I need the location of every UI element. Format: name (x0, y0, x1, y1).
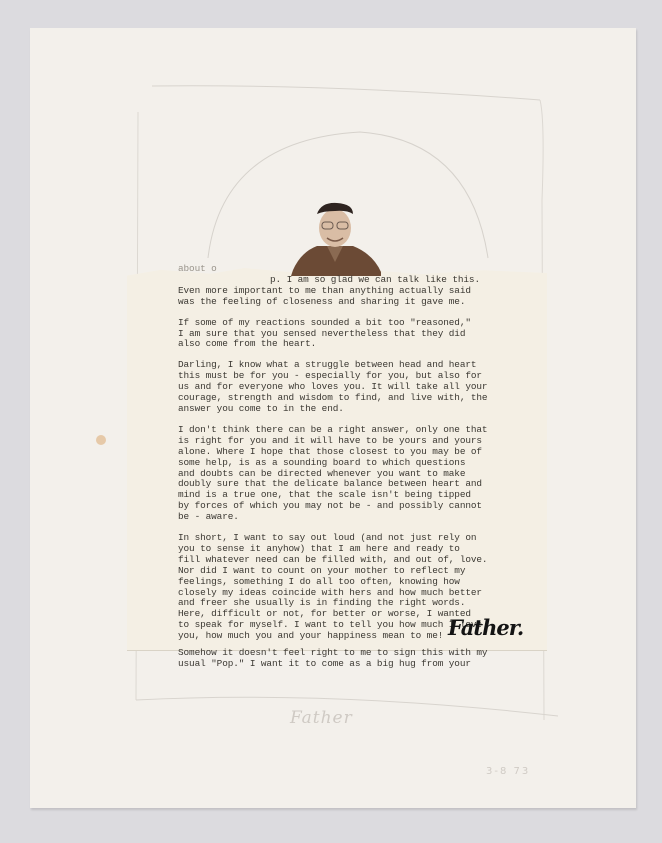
paragraph-4: I don't think there can be a right answe… (178, 425, 508, 523)
line: p. I am so glad we can talk like this. (178, 274, 480, 285)
paragraph-1: about o p. I am so glad we can talk like… (178, 264, 508, 308)
paragraph-2: If some of my reactions sounded a bit to… (178, 318, 508, 351)
paragraph-6: Somehow it doesn't feel right to me to s… (178, 648, 508, 670)
pencil-inscription: Father (290, 708, 353, 728)
line: Even more important to me than anything … (178, 285, 471, 296)
pencil-date: 3-8 73 (486, 766, 530, 777)
obscured-line: about o (178, 263, 217, 274)
line: was the feeling of closeness and sharing… (178, 296, 465, 307)
stain-spot (96, 435, 106, 445)
paragraph-3: Darling, I know what a struggle between … (178, 360, 508, 415)
signature: Father. (448, 615, 523, 640)
